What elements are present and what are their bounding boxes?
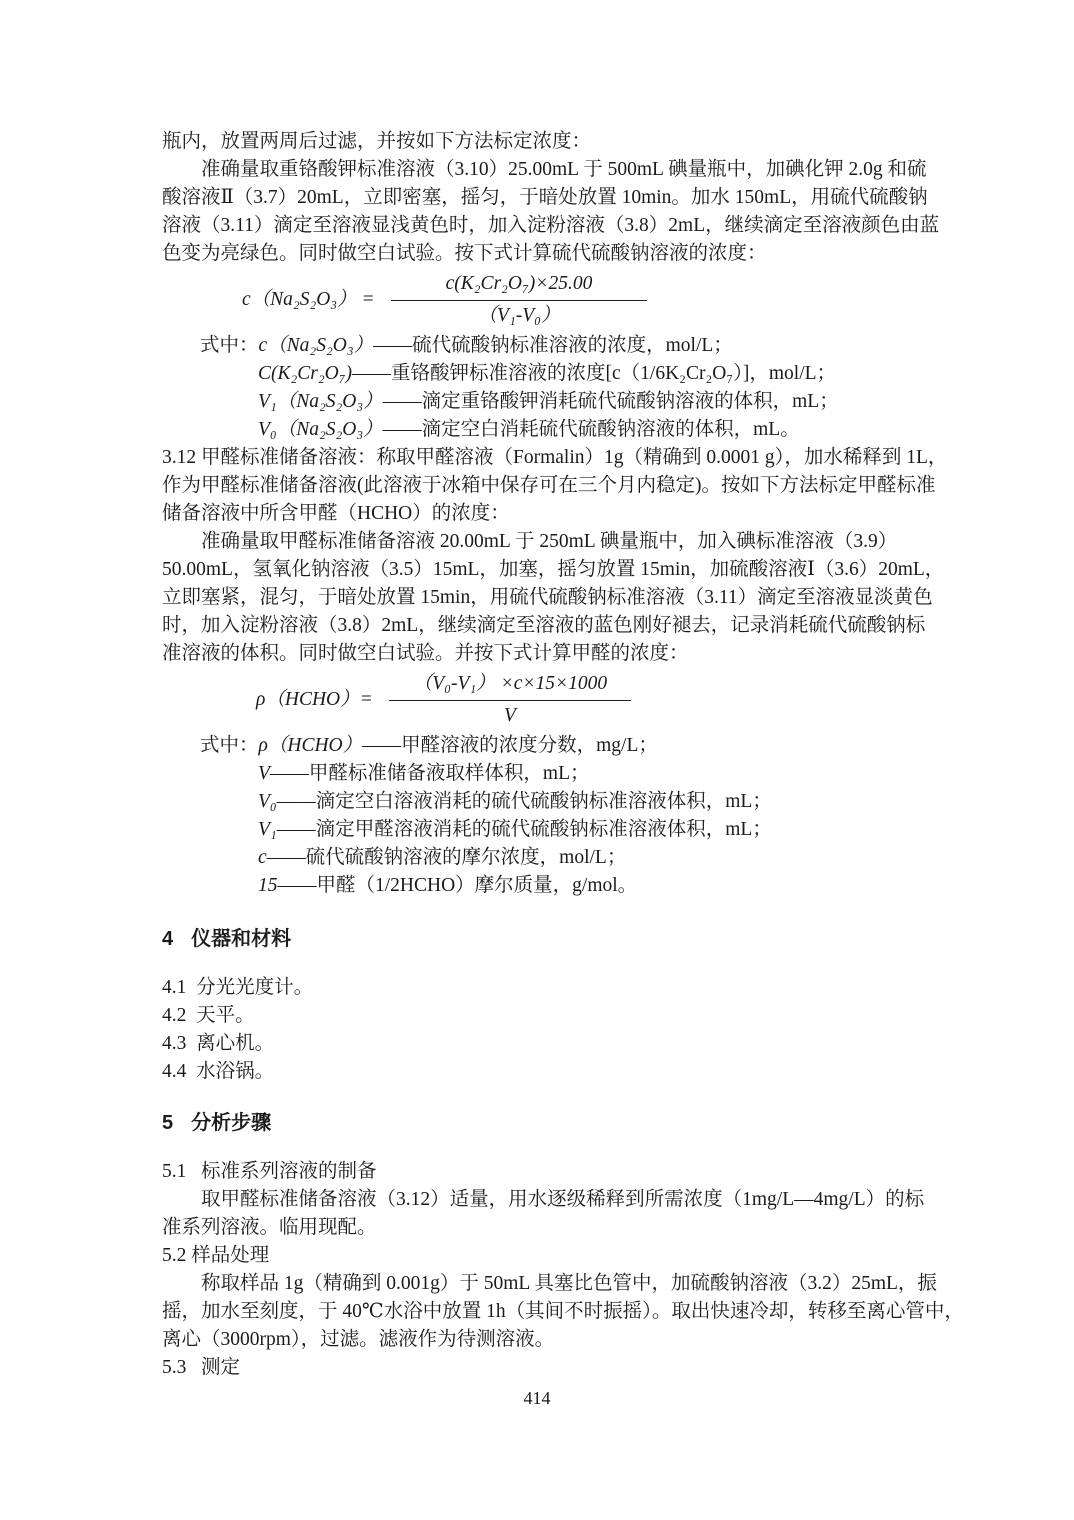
page-content: 瓶内，放置两周后过滤，并按如下方法标定浓度： 准确量取重铬酸钾标准溶液（3.10…	[162, 128, 922, 1382]
intro-line: 瓶内，放置两周后过滤，并按如下方法标定浓度：	[162, 128, 922, 156]
where-definition: ——硫代硫酸钠标准溶液的浓度，mol/L；	[373, 335, 733, 356]
subsection-5-1-line-1: 取甲醛标准储备溶液（3.12）适量，用水逐级稀释到所需浓度（1mg/L—4mg/…	[162, 1186, 922, 1214]
where-definition: ——滴定空白溶液消耗的硫代硫酸钠标准溶液体积，mL；	[277, 791, 772, 812]
where-term: 15	[258, 875, 278, 896]
section-5-number: 5	[162, 1108, 173, 1138]
formula-lhs: ρ（HCHO）=	[256, 687, 373, 713]
para-titration-line-3: 溶液（3.11）滴定至溶液显浅黄色时，加入淀粉溶液（3.8）2mL，继续滴定至溶…	[162, 212, 922, 240]
formula-denominator: V	[504, 701, 516, 729]
where-term: V₀	[258, 791, 277, 812]
subsection-5-1-line-2: 准系列溶液。临用现配。	[162, 1214, 922, 1242]
formula-fraction: （V₀-V₁） ×c×15×1000 V	[389, 671, 631, 729]
where2-line-4: V₁——滴定甲醛溶液消耗的硫代硫酸钠标准溶液体积，mL；	[162, 816, 922, 844]
where2-line-2: V——甲醛标准储备液取样体积，mL；	[162, 760, 922, 788]
section-5-heading: 5 分析步骤	[162, 1108, 922, 1138]
formula-hcho: ρ（HCHO）= （V₀-V₁） ×c×15×1000 V	[256, 671, 922, 729]
where-term: V₁	[258, 819, 277, 840]
subsection-5-2-line-1: 称取样品 1g（精确到 0.001g）于 50mL 具塞比色管中，加硫酸钠溶液（…	[162, 1270, 922, 1298]
formula-denominator: （V₁-V₀）	[478, 301, 561, 329]
where1-line-1: 式中：c（Na₂S₂O₃）——硫代硫酸钠标准溶液的浓度，mol/L；	[162, 332, 922, 360]
where-definition: ——重铬酸钾标准溶液的浓度[c（1/6K₂Cr₂O₇）]，mol/L；	[352, 363, 836, 384]
where-definition: ——滴定空白消耗硫代硫酸钠溶液的体积，mL。	[383, 419, 800, 440]
where1-line-2: C(K₂Cr₂O₇)——重铬酸钾标准溶液的浓度[c（1/6K₂Cr₂O₇）]，m…	[162, 360, 922, 388]
where-term: c	[258, 847, 267, 868]
where-term: ρ（HCHO）	[259, 735, 363, 756]
section-5-title: 分析步骤	[191, 1108, 271, 1138]
para-hcho-line-2: 50.00mL，氢氧化钠溶液（3.5）15mL，加塞，摇匀放置 15min，加硫…	[162, 556, 922, 584]
para-hcho-line-1: 准确量取甲醛标准储备溶液 20.00mL 于 250mL 碘量瓶中，加入碘标准溶…	[162, 528, 922, 556]
para-hcho-line-4: 时，加入淀粉溶液（3.8）2mL，继续滴定至溶液的蓝色刚好褪去，记录消耗硫代硫酸…	[162, 612, 922, 640]
page-number: 414	[0, 1386, 1074, 1410]
para-titration-line-4: 色变为亮绿色。同时做空白试验。按下式计算硫代硫酸钠溶液的浓度：	[162, 240, 922, 268]
para-hcho-line-3: 立即塞紧，混匀，于暗处放置 15min，用硫代硫酸钠标准溶液（3.11）滴定至溶…	[162, 584, 922, 612]
where-term: c（Na₂S₂O₃）	[259, 335, 374, 356]
equipment-item-1: 4.1 分光光度计。	[162, 974, 922, 1002]
where-label: 式中：	[200, 735, 259, 756]
where2-line-5: c——硫代硫酸钠溶液的摩尔浓度，mol/L；	[162, 844, 922, 872]
equipment-item-3: 4.3 离心机。	[162, 1030, 922, 1058]
where-definition: ——甲醛（1/2HCHO）摩尔质量，g/mol。	[278, 875, 638, 896]
formula-numerator: （V₀-V₁） ×c×15×1000	[389, 671, 631, 701]
section-3-12-line-2: 作为甲醛标准储备溶液(此溶液于冰箱中保存可在三个月内稳定)。按如下方法标定甲醛标…	[162, 472, 922, 500]
section-4-heading: 4 仪器和材料	[162, 924, 922, 954]
section-4-title: 仪器和材料	[191, 924, 291, 954]
equipment-item-2: 4.2 天平。	[162, 1002, 922, 1030]
document-page: 瓶内，放置两周后过滤，并按如下方法标定浓度： 准确量取重铬酸钾标准溶液（3.10…	[0, 0, 1074, 1520]
equipment-item-4: 4.4 水浴锅。	[162, 1058, 922, 1086]
where1-line-4: V₀（Na₂S₂O₃）——滴定空白消耗硫代硫酸钠溶液的体积，mL。	[162, 416, 922, 444]
where2-line-3: V₀——滴定空白溶液消耗的硫代硫酸钠标准溶液体积，mL；	[162, 788, 922, 816]
where-definition: ——甲醛标准储备液取样体积，mL；	[270, 763, 590, 784]
where1-line-3: V₁（Na₂S₂O₃）——滴定重铬酸钾消耗硫代硫酸钠溶液的体积，mL；	[162, 388, 922, 416]
where-term: V	[258, 763, 270, 784]
formula-thiosulfate: c（Na₂S₂O₃） = c(K₂Cr₂O₇)×25.00 （V₁-V₀）	[242, 271, 922, 329]
subsection-5-2-line-3: 离心（3000rpm），过滤。滤液作为待测溶液。	[162, 1326, 922, 1354]
subsection-5-1-title: 5.1 标准系列溶液的制备	[162, 1158, 922, 1186]
where-term: V₁（Na₂S₂O₃）	[258, 391, 383, 412]
subsection-5-3-title: 5.3 测定	[162, 1354, 922, 1382]
section-3-12-line-3: 储备溶液中所含甲醛（HCHO）的浓度：	[162, 500, 922, 528]
where-label: 式中：	[200, 335, 259, 356]
para-titration-line-2: 酸溶液Ⅱ（3.7）20mL，立即密塞，摇匀，于暗处放置 10min。加水 150…	[162, 184, 922, 212]
formula-numerator: c(K₂Cr₂O₇)×25.00	[391, 271, 648, 301]
where-term: V₀（Na₂S₂O₃）	[258, 419, 383, 440]
where-definition: ——甲醛溶液的浓度分数，mg/L；	[362, 735, 658, 756]
where-term: C(K₂Cr₂O₇)	[258, 363, 352, 384]
formula-lhs: c（Na₂S₂O₃） =	[242, 287, 375, 313]
where-definition: ——滴定甲醛溶液消耗的硫代硫酸钠标准溶液体积，mL；	[277, 819, 772, 840]
subsection-5-2-title: 5.2 样品处理	[162, 1242, 922, 1270]
where2-line-1: 式中：ρ（HCHO）——甲醛溶液的浓度分数，mg/L；	[162, 732, 922, 760]
where-definition: ——滴定重铬酸钾消耗硫代硫酸钠溶液的体积，mL；	[383, 391, 839, 412]
para-titration-line-1: 准确量取重铬酸钾标准溶液（3.10）25.00mL 于 500mL 碘量瓶中，加…	[162, 156, 922, 184]
where-definition: ——硫代硫酸钠溶液的摩尔浓度，mol/L；	[267, 847, 627, 868]
where2-line-6: 15——甲醛（1/2HCHO）摩尔质量，g/mol。	[162, 872, 922, 900]
section-3-12-line-1: 3.12 甲醛标准储备溶液：称取甲醛溶液（Formalin）1g（精确到 0.0…	[162, 444, 922, 472]
subsection-5-2-line-2: 摇，加水至刻度，于 40℃水浴中放置 1h（其间不时振摇）。取出快速冷却，转移至…	[162, 1298, 922, 1326]
para-hcho-line-5: 准溶液的体积。同时做空白试验。并按下式计算甲醛的浓度：	[162, 640, 922, 668]
section-4-number: 4	[162, 924, 173, 954]
formula-fraction: c(K₂Cr₂O₇)×25.00 （V₁-V₀）	[391, 271, 648, 329]
